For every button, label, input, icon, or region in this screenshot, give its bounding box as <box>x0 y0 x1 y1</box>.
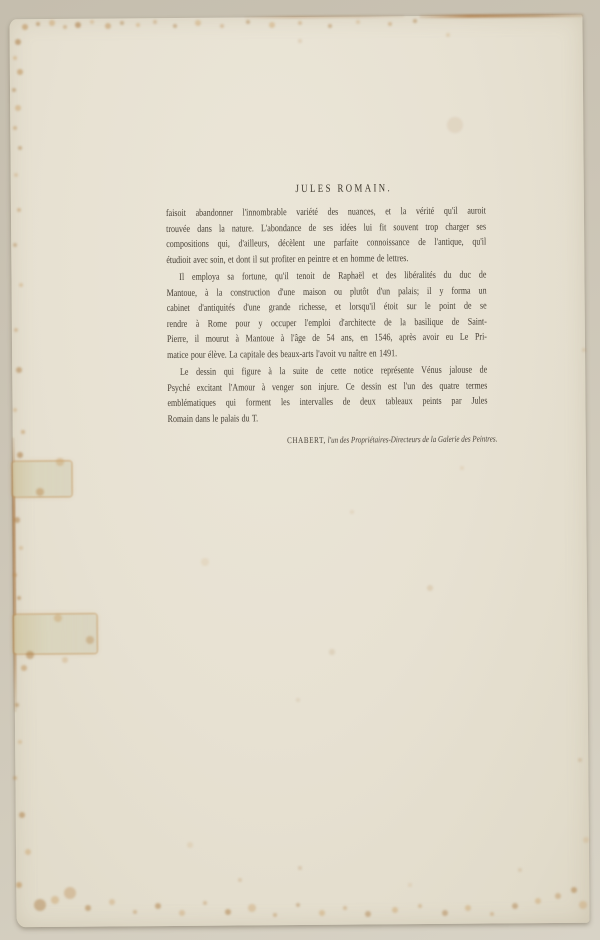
signature-author-title: l'un des Propriétaires-Directeurs de la … <box>326 433 498 444</box>
rust-stain-top-edge <box>419 14 583 18</box>
text-line: emblématiques qui forment les intervalle… <box>167 394 487 412</box>
text-line: matice pour élève. La capitale des beaux… <box>167 345 487 363</box>
text-line: Le dessin qui figure à la suite de cette… <box>167 363 487 381</box>
tape-residue-patch <box>13 462 71 496</box>
rust-stain-top-edge-faint <box>244 15 404 18</box>
text-line: Romain dans le palais du T. <box>168 409 488 427</box>
paragraph: faisoit abandonner l'innombrable variété… <box>166 204 486 269</box>
printed-text-block: JULES ROMAIN. faisoit abandonner l'innom… <box>166 182 488 447</box>
body-text: faisoit abandonner l'innombrable variété… <box>166 204 488 428</box>
page-title: JULES ROMAIN. <box>166 182 486 197</box>
tape-residue-patch <box>14 615 96 654</box>
text-line: Pierre, il mourut à Mantoue à l'âge de 5… <box>167 330 487 348</box>
paragraph: Le dessin qui figure à la suite de cette… <box>167 363 487 428</box>
text-line: compositions qui, d'ailleurs, décèlent u… <box>166 235 486 253</box>
text-line: cabinet d'antiquités d'une grande riches… <box>167 299 487 317</box>
paragraph: Il employa sa fortune, qu'il tenoit de R… <box>166 268 487 364</box>
signature-line: CHABERT, l'un des Propriétaires-Directeu… <box>168 433 498 446</box>
text-line: étudioit avec soin, et dont il sut profi… <box>166 250 486 268</box>
paper-sheet: JULES ROMAIN. faisoit abandonner l'innom… <box>9 15 589 927</box>
text-line: faisoit abandonner l'innombrable variété… <box>166 204 486 222</box>
text-line: Il employa sa fortune, qu'il tenoit de R… <box>166 268 486 286</box>
signature-author: CHABERT, <box>287 435 326 445</box>
photo-of-antique-page: JULES ROMAIN. faisoit abandonner l'innom… <box>0 0 600 940</box>
